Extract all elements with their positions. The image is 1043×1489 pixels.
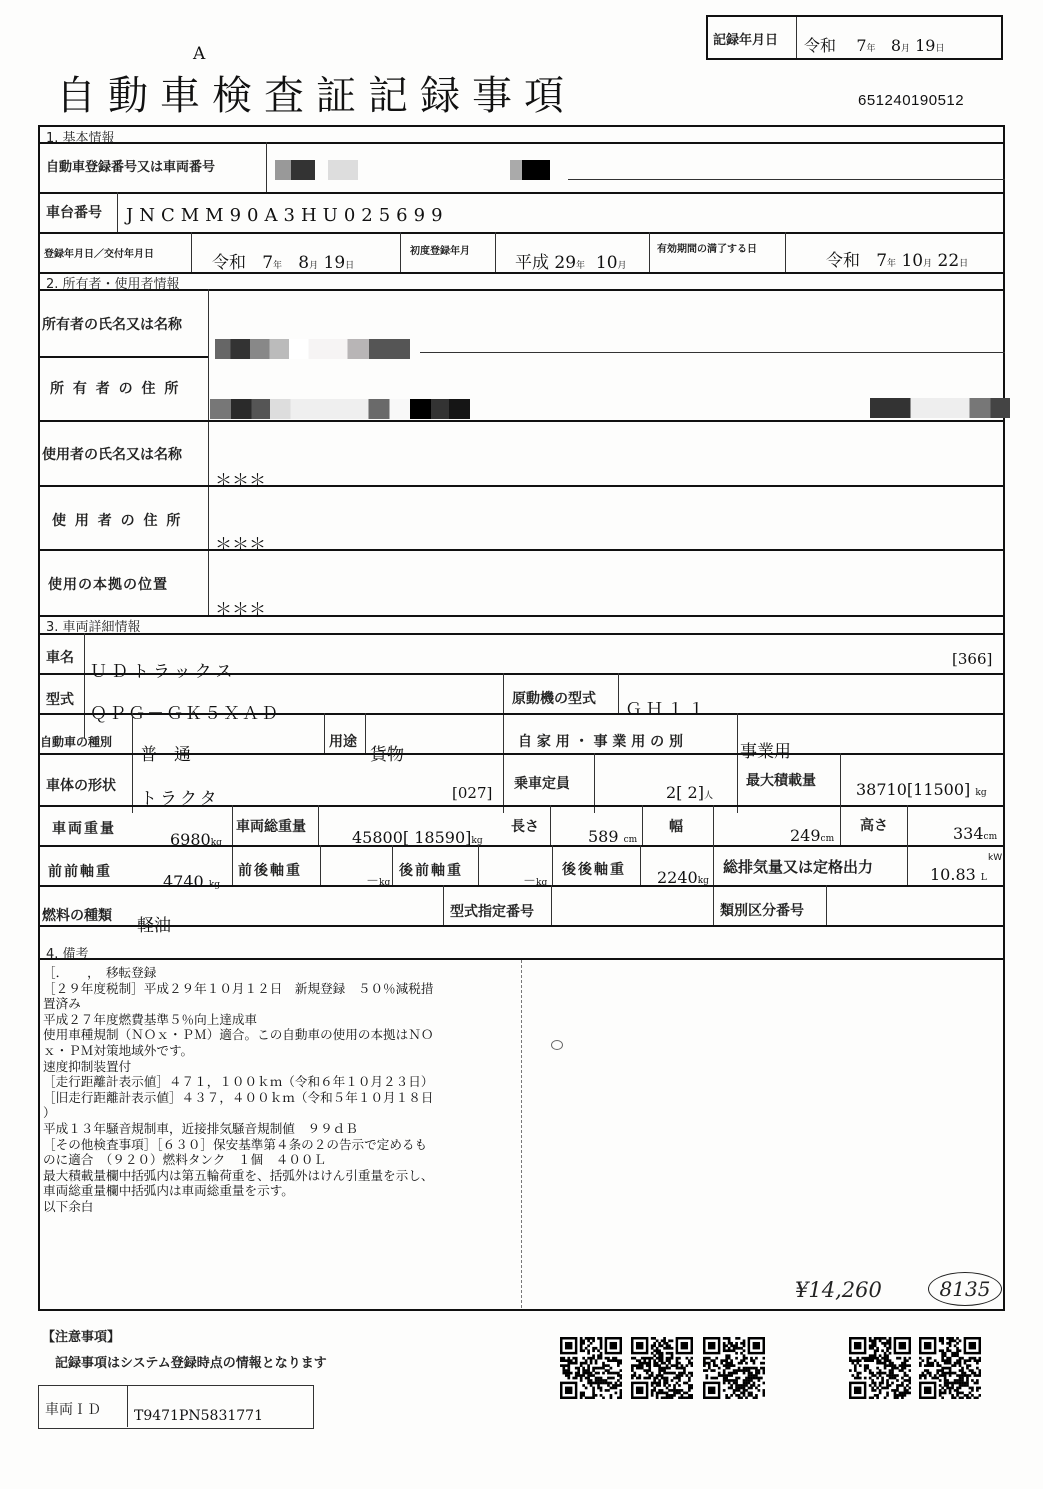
- form-letter: A: [193, 44, 205, 64]
- notes-text: 記録事項はシステム登録時点の情報となります: [55, 1352, 327, 1371]
- width-label: 幅: [669, 816, 683, 836]
- remark-line: 最大積載量欄中括弧内は第五輪荷重を、括弧外はけん引重量を示し、: [43, 1168, 521, 1184]
- purpose-label: 用途: [329, 731, 357, 751]
- vehicle-name-label: 車名: [46, 647, 74, 667]
- user-address-label: 使 用 者 の 住 所: [52, 510, 182, 530]
- registration-number-label: 自動車登録番号又は車両番号: [46, 156, 215, 175]
- vehicle-name: ＵＤトラックス: [90, 657, 237, 682]
- displacement: 10.83 L: [930, 865, 987, 884]
- rf-axle-label: 後前軸重: [399, 860, 463, 880]
- height: 334cm: [953, 824, 997, 843]
- notes-title: 【注意事項】: [42, 1326, 120, 1345]
- page-title: 自動車検査証記録事項: [56, 72, 576, 120]
- body-shape-code: [027]: [452, 784, 492, 802]
- fr-axle-label: 前後軸重: [238, 860, 302, 880]
- max-load: 38710[11500] kg: [856, 780, 987, 799]
- registration-date: 令和 7年 8月 19日: [212, 248, 354, 273]
- qr-code-icon: [703, 1337, 765, 1399]
- user-address: ＊＊＊: [215, 530, 266, 555]
- remark-line: 置済み: [43, 996, 521, 1012]
- base-location-label: 使用の本拠の位置: [48, 574, 168, 594]
- length: 589 cm: [588, 827, 637, 846]
- remarks-divider: [521, 960, 522, 1308]
- remark-line: 速度抑制装置付: [43, 1059, 521, 1075]
- handwritten-circled-number: 8135: [928, 1272, 1002, 1306]
- remark-line: ［走行距離計表示値］４７１，１００ｋｍ（令和６年１０月２３日）: [43, 1074, 521, 1090]
- body-shape-label: 車体の形状: [46, 775, 116, 795]
- vehicle-weight-label: 車両重量: [52, 818, 116, 838]
- remark-line: ）: [43, 1105, 521, 1121]
- capacity-label: 乗車定員: [514, 773, 570, 793]
- private-business-label: 自 家 用 ・ 事 業 用 の 別: [518, 731, 683, 751]
- remark-line: のに適合 （９２０）燃料タンク １個 ４００Ｌ: [43, 1152, 521, 1168]
- handwritten-amount: ¥14,260: [795, 1278, 882, 1302]
- remark-line: ｘ・ＰＭ対策地域外です。: [43, 1043, 521, 1059]
- user-name-label: 使用者の氏名又は名称: [42, 444, 182, 464]
- engine-model-label: 原動機の型式: [512, 688, 596, 708]
- record-date-value: 令和 7年 8月 19日: [804, 33, 945, 56]
- owner-name-label: 所有者の氏名又は名称: [42, 314, 182, 334]
- fuel: 軽油: [137, 911, 171, 936]
- chassis-number-label: 車台番号: [46, 202, 102, 222]
- capacity: 2[ 2]人: [666, 783, 713, 802]
- remark-line: ［． ， 移転登録: [43, 965, 521, 981]
- owner-name-redacted: [215, 339, 410, 359]
- remark-line: ［旧走行距離計表示値］４３７，４００ｋｍ（令和５年１０月１８日: [43, 1090, 521, 1106]
- registration-date-label: 登録年月日／交付年月日: [44, 245, 154, 260]
- qr-code-icon: [560, 1337, 622, 1399]
- document-number: 651240190512: [858, 92, 964, 109]
- first-registration-date: 平成 29年 10月: [515, 248, 627, 273]
- vehicle-class-label: 自動車の種別: [40, 733, 112, 750]
- private-business: 事業用: [740, 737, 791, 762]
- remark-line: 車両総重量欄中括弧内は車両総重量を示す。: [43, 1183, 521, 1199]
- remark-line: ［その他検査事項］［６３０］保安基準第４条の２の告示で定めるも: [43, 1137, 521, 1153]
- type-designation-label: 型式指定番号: [450, 901, 534, 921]
- user-name: ＊＊＊: [215, 466, 266, 491]
- model-label: 型式: [46, 689, 74, 709]
- chassis-number: JNCMM90A3HU025699: [126, 205, 449, 226]
- first-registration-label: 初度登録年月: [410, 242, 470, 257]
- ff-axle-label: 前前軸重: [48, 861, 112, 881]
- kw-unit: kW: [988, 853, 1002, 863]
- expiry-label: 有効期間の満了する日: [657, 240, 757, 255]
- width: 249cm: [790, 826, 834, 845]
- vehicle-name-code: [366]: [952, 650, 992, 668]
- remark-line: 平成２７年度燃費基準５％向上達成車: [43, 1012, 521, 1028]
- qr-code-icon: [849, 1337, 911, 1399]
- engine-model: ＧＨ１１: [625, 695, 709, 720]
- ff-axle: 4740 kg: [163, 872, 220, 891]
- model: ＱＰＧ－ＧＫ５ＸＡＤ: [90, 699, 280, 724]
- fuel-label: 燃料の種類: [42, 905, 112, 925]
- remark-line: 平成１３年騒音規制車，近接排気騒音規制値 ９９ｄＢ: [43, 1121, 521, 1137]
- qr-code-icon: [919, 1337, 981, 1399]
- vehicle-id-value: T9471PN5831771: [134, 1408, 263, 1424]
- remark-line: 以下余白: [43, 1199, 521, 1215]
- max-load-label: 最大積載量: [746, 770, 816, 790]
- handwritten-mark: [551, 1040, 563, 1050]
- remark-line: 使用車種規制（ＮＯｘ・ＰＭ）適合。この自動車の使用の本拠はＮＯ: [43, 1027, 521, 1043]
- record-date-label: 記録年月日: [713, 29, 778, 48]
- qr-code-icon: [631, 1337, 693, 1399]
- length-label: 長さ: [511, 816, 539, 836]
- remarks-list: ［． ， 移転登録［２９年度税制］平成２９年１０月１２日 新規登録 ５０％減税措…: [43, 965, 521, 1215]
- record-date-box: 記録年月日 令和 7年 8月 19日: [706, 15, 1003, 60]
- remark-line: ［２９年度税制］平成２９年１０月１２日 新規登録 ５０％減税措: [43, 981, 521, 997]
- category-number-label: 類別区分番号: [720, 900, 804, 920]
- vehicle-id-label: 車両ＩＤ: [45, 1399, 101, 1419]
- displacement-label: 総排気量又は定格出力: [723, 856, 873, 877]
- vehicle-id-box: 車両ＩＤ T9471PN5831771: [38, 1385, 314, 1429]
- gross-weight-label: 車両総重量: [236, 816, 306, 836]
- rr-axle-label: 後後軸重: [562, 859, 626, 879]
- height-label: 高さ: [860, 815, 888, 835]
- registration-number-redacted: [275, 160, 315, 180]
- owner-address-label: 所 有 者 の 住 所: [50, 378, 180, 398]
- expiry-date: 令和 7年 10月 22日: [826, 246, 968, 271]
- owner-address-redacted: [210, 399, 470, 419]
